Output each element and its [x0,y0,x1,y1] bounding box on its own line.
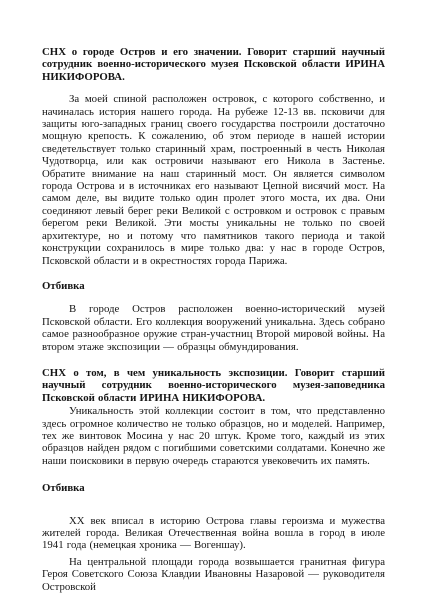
divider-label-otbivka-2: Отбивка [42,482,385,494]
paragraph-collection-uniqueness: Уникальность этой коллекции состоит в то… [42,405,385,467]
divider-label-otbivka-1: Отбивка [42,280,385,292]
paragraph-20th-century: ХХ век вписал в историю Острова главы ге… [42,515,385,552]
paragraph-city-history: За моей спиной расположен островок, с ко… [42,93,385,267]
snx-heading-city-ostrov: СНХ о городе Остров и его значении. Гово… [42,46,385,83]
document-page: СНХ о городе Остров и его значении. Гово… [0,0,424,600]
paragraph-nazarova-monument: На центральной площади города возвышаетс… [42,556,385,593]
snx-heading-exposition-uniqueness: СНХ о том, в чем уникальность экспозиции… [42,367,385,404]
paragraph-museum: В городе Остров расположен военно-истори… [42,303,385,353]
